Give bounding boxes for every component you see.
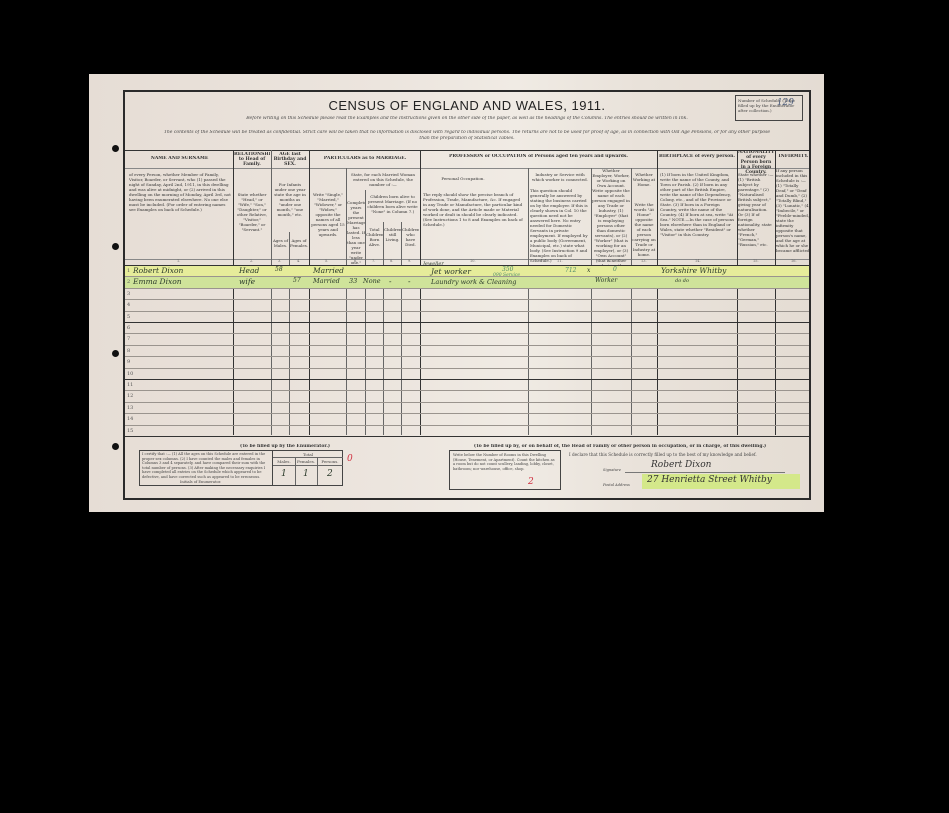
rooms-box: Write below the Number of Rooms in this …: [449, 450, 561, 490]
enumerator-initials-label: Initials of Enumerator.: [180, 480, 221, 485]
totals-persons-label: Persons.: [317, 459, 343, 464]
col-num: 15.: [753, 259, 759, 263]
table-row: 15: [125, 426, 809, 437]
header-marriage-body: Write "Single," "Married," "Widower," or…: [311, 192, 345, 237]
postal-address: 27 Henrietta Street Whitby: [647, 475, 772, 485]
postal-address-label: Postal Address: [603, 483, 630, 488]
header-personal-occupation: Personal Occupation.: [423, 176, 503, 181]
header-infirmity-body: If any person included in this Schedule …: [776, 168, 811, 253]
name-cell: Robert Dixon: [133, 266, 183, 275]
divider: [125, 168, 809, 169]
page-title: CENSUS OF ENGLAND AND WALES, 1911.: [125, 98, 809, 113]
living-cell: -: [389, 277, 392, 286]
table-row: 1 Robert Dixon Head 58 Married Jeweller …: [125, 266, 809, 277]
died-cell: -: [408, 277, 411, 286]
row-number: 5: [127, 314, 130, 320]
header-children-born: Children born alive to present Marriage.…: [366, 194, 419, 214]
years-married-cell: 33: [349, 277, 357, 285]
header-industry-body: This question should generally be answer…: [530, 188, 590, 263]
col-num: 14.: [695, 259, 701, 263]
row-number: 2: [127, 279, 130, 285]
confidential-line: The contents of the Schedule will be tre…: [125, 130, 809, 135]
header-age: AGE last Birthday and SEX.: [272, 152, 308, 167]
occupation-code: 350: [502, 266, 513, 273]
table-row: 7: [125, 334, 809, 345]
header-birthplace-body: (1) If born in the United Kingdom, write…: [660, 172, 736, 237]
declaration-text: I declare that this Schedule is correctl…: [569, 453, 809, 458]
table-row: 14: [125, 414, 809, 425]
col-num: 8.: [390, 259, 393, 263]
col-num: 4.: [297, 259, 300, 263]
row-number: 10: [127, 371, 133, 377]
punch-hole: [112, 443, 119, 450]
row-number: 12: [127, 393, 133, 399]
header-name: NAME AND SURNAME: [127, 156, 232, 161]
total-males: 1: [281, 469, 287, 479]
col-num: 12.: [607, 259, 613, 263]
enumerator-box: I certify that :— (1) All the ages on th…: [139, 450, 343, 486]
schedule-frame: CENSUS OF ENGLAND AND WALES, 1911. Befor…: [123, 90, 811, 500]
header-age-body: For Infants under one year state the age…: [273, 182, 307, 217]
header-birthplace: BIRTHPLACE of every person.: [658, 154, 736, 159]
marriage-cell: Married: [313, 266, 344, 275]
schedule-number: 129: [777, 98, 794, 108]
employer-mark: x: [587, 267, 590, 274]
col-num: 2.: [250, 259, 253, 263]
header-personal-occupation-body: The reply should show the precise branch…: [423, 192, 523, 227]
total-females: 1: [303, 469, 309, 479]
header-infirmity: INFIRMITY.: [776, 154, 811, 159]
table-row: 12: [125, 391, 809, 402]
table-row: 2 Emma Dixon wife 57 Married 33 None - -…: [125, 277, 809, 288]
age-female-cell: 57: [293, 277, 301, 284]
enumerator-header: (To be filled up by the Enumerator.): [185, 444, 385, 449]
age-male-cell: 58: [275, 266, 283, 273]
occupier-header: (To be filled up by, or on behalf of, th…: [455, 444, 785, 449]
instruction-line: Before writing on this Schedule please r…: [125, 116, 809, 121]
col-num: 5.: [325, 259, 328, 263]
col-num: 10.: [470, 259, 476, 263]
enumerator-certify-text: I certify that :— (1) All the ages on th…: [142, 452, 270, 479]
header-married-women: State, for each Married Woman entered on…: [347, 172, 419, 187]
totals-females-label: Females.: [295, 459, 317, 464]
col-num: 13.: [641, 259, 647, 263]
header-home: Whether Working at Home.: [632, 172, 656, 187]
row-number: 1: [127, 268, 130, 274]
punch-hole: [112, 243, 119, 250]
table-row: 6: [125, 323, 809, 334]
table-row: 3: [125, 289, 809, 300]
table-row: 5: [125, 312, 809, 323]
birthplace-cell: do do: [675, 278, 689, 284]
punch-hole: [112, 350, 119, 357]
totals-males-label: Males.: [273, 459, 295, 464]
col-num: 6.: [354, 259, 357, 263]
table-row: 10: [125, 369, 809, 380]
rooms-instruction: Write below the Number of Rooms in this …: [453, 453, 557, 471]
signature-label: Signature: [603, 468, 621, 473]
col-num: 16.: [791, 259, 797, 263]
divider: [125, 150, 809, 151]
row-number: 11: [127, 382, 133, 388]
row-number: 4: [127, 302, 130, 308]
relationship-cell: wife: [239, 277, 255, 286]
header-relationship: RELATIONSHIP to Head of Family.: [234, 152, 270, 167]
employer-cell: Worker: [595, 277, 617, 284]
home-cell: 0: [613, 266, 617, 273]
birthplace-cell: Yorkshire Whitby: [661, 266, 726, 275]
signature: Robert Dixon: [651, 460, 711, 470]
total-persons: 2: [327, 469, 333, 479]
punch-hole: [112, 145, 119, 152]
row-number: 15: [127, 428, 133, 434]
header-age-females: Ages of Females.: [290, 238, 308, 248]
header-profession: PROFESSION or OCCUPATION of Persons aged…: [421, 154, 656, 159]
marriage-cell: Married: [313, 277, 340, 285]
header-relationship-body: State whether "Head," or "Wife," "Son," …: [235, 192, 269, 232]
totals-box: Total Males. Females. Persons. 1 1 2: [272, 451, 343, 485]
row-number: 7: [127, 336, 130, 342]
table-row: 4: [125, 300, 809, 311]
header-employer: Whether Employer, Worker, or Working on …: [592, 168, 630, 188]
header-living: Children still Living.: [384, 227, 401, 242]
header-age-males: Ages of Males.: [272, 238, 289, 248]
schedule-number-box: Number of Schedule. (To be filled up by …: [735, 95, 803, 121]
entries-table: 1 Robert Dixon Head 58 Married Jeweller …: [125, 265, 809, 437]
header-nationality-body: State whether :— (1) "British subject by…: [738, 172, 774, 247]
employer-code: 712: [565, 267, 576, 274]
header-total-born: Total Children Born Alive.: [366, 227, 383, 247]
row-number: 13: [127, 405, 133, 411]
col-num: 7.: [372, 259, 375, 263]
red-check-mark: 0: [347, 454, 353, 464]
name-cell: Emma Dixon: [133, 277, 182, 286]
total-born-cell: None: [363, 277, 381, 285]
occupation-cell: Laundry work & Cleaning: [431, 278, 516, 286]
header-home-body: Write the words "At Home" opposite the n…: [632, 202, 656, 257]
table-row: 13: [125, 403, 809, 414]
table-row: 8: [125, 346, 809, 357]
row-number: 8: [127, 348, 130, 354]
col-num: 3.: [278, 259, 281, 263]
row-number: 9: [127, 359, 130, 365]
rooms-count: 2: [528, 477, 534, 487]
header-died: Children who have Died.: [402, 227, 419, 247]
table-row: 9: [125, 357, 809, 368]
row-number: 6: [127, 325, 130, 331]
relationship-cell: Head: [239, 266, 259, 275]
table-row: 11: [125, 380, 809, 391]
header-name-body: of every Person, whether Member of Famil…: [129, 172, 231, 212]
row-number: 14: [127, 416, 133, 422]
col-num: 9.: [408, 259, 411, 263]
row-number: 3: [127, 291, 130, 297]
col-num: 1.: [177, 259, 180, 263]
occupation-cell: Jet worker: [431, 267, 471, 276]
header-marriage: PARTICULARS as to MARRIAGE.: [311, 156, 419, 161]
header-completed-years: Completed years the present Marriage has…: [347, 200, 365, 265]
confidential-line-2: than the preparation of Statistical Tabl…: [125, 136, 809, 141]
header-industry: Industry or Service with which worker is…: [530, 172, 590, 182]
col-num: 11.: [557, 259, 563, 263]
